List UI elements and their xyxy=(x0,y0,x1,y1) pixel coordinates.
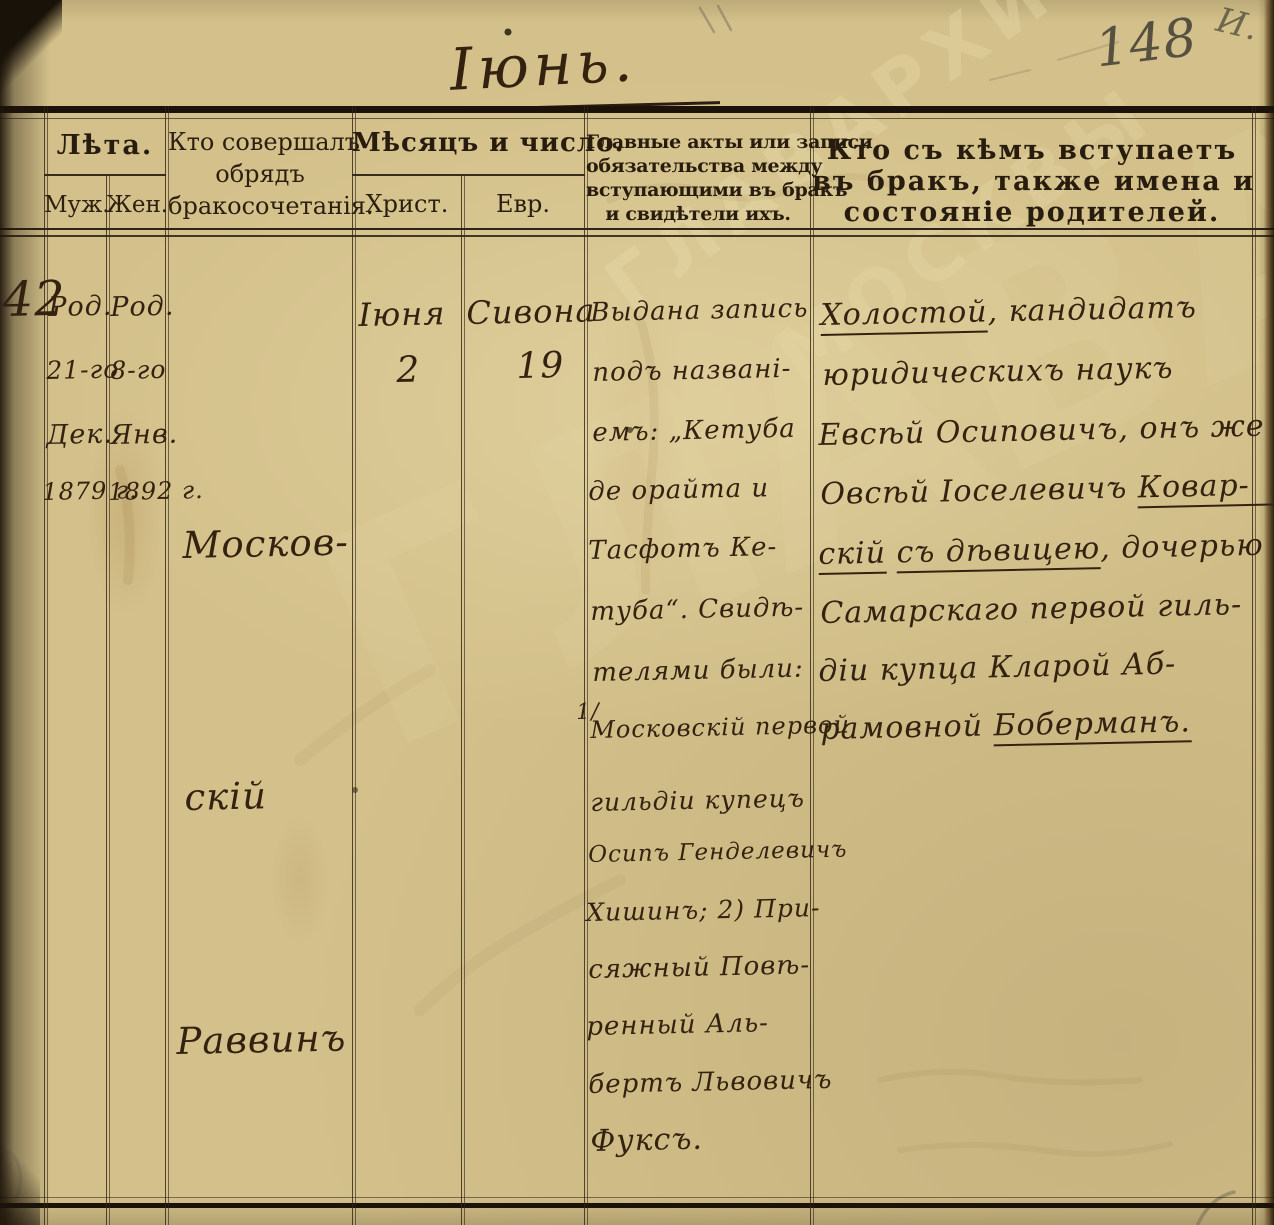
acts-line8: Московскій первой xyxy=(590,711,850,744)
officiant-line2: скій xyxy=(184,774,267,819)
page-edge xyxy=(1264,0,1274,1225)
couple-line2: юридическихъ наукъ xyxy=(822,351,1174,393)
col-border-officiant-right xyxy=(352,106,356,1225)
acts-line10: Осипъ Генделевичъ xyxy=(588,837,848,868)
header-officiant-line1: Кто совершалъ xyxy=(168,128,352,156)
acts-line2: подъ названі- xyxy=(592,354,792,388)
col-border-date-right xyxy=(584,106,588,1225)
couple-line4: Овсѣй Іоселевичъ Ковар- xyxy=(820,467,1274,512)
couple-line7: діи купца Кларой Аб- xyxy=(818,647,1177,689)
header-age-male: Муж. xyxy=(44,192,106,218)
officiant-line3: Раввинъ xyxy=(176,1016,347,1063)
page-number: 148 xyxy=(1092,8,1201,80)
archive-watermark-large: ГЛАВАРХИВ xyxy=(270,0,1274,819)
acts-line15: Фуксъ. xyxy=(590,1122,703,1159)
acts-line9: гильдіи купецъ xyxy=(590,784,805,817)
header-couple-line2: въ бракъ, также имена и xyxy=(812,166,1252,197)
header-officiant-line2: обрядъ xyxy=(168,160,352,188)
acts-line5: Тасфотъ Ке- xyxy=(588,532,778,566)
age-header-split-rule xyxy=(44,174,166,176)
corner-mark: И. xyxy=(1212,0,1263,49)
date-header-split-rule xyxy=(352,174,585,176)
header-acts-line1: Главные акты или записи xyxy=(586,131,810,153)
col-border-right xyxy=(1252,106,1256,1225)
col-border-age-right xyxy=(165,106,169,1225)
groom-birth-line4: 1879 г. xyxy=(42,477,111,506)
acts-line13: ренный Аль- xyxy=(586,1008,769,1042)
couple-line8: рамовной Боберманъ. xyxy=(820,704,1191,747)
header-acts-line2: обязательства между xyxy=(586,155,810,177)
bride-surname-underlined: Боберманъ. xyxy=(993,704,1191,746)
col-border-acts-right xyxy=(810,106,814,1225)
acts-line6: туба“. Свидѣ- xyxy=(590,593,804,627)
groom-birth-line2: 21-го xyxy=(46,355,105,385)
bride-birth-line3: Янв. xyxy=(110,419,169,451)
header-date-hebrew: Евр. xyxy=(461,190,585,218)
table-top-rule xyxy=(0,106,1274,113)
groom-birth-line3: Дек. xyxy=(46,419,107,451)
header-bottom-rule-1 xyxy=(0,228,1274,230)
couple-line6: Самарскаго первой гиль- xyxy=(820,587,1243,631)
header-couple-line3: состояніе родителей. xyxy=(812,197,1252,228)
gutter-shadow-corner xyxy=(0,0,62,92)
metrical-book-page: ГЛАВАРХИВ МОСКВЫ ГЛАВАРХИВ Іюнь. 148 И. xyxy=(0,0,1274,1225)
acts-line12: сяжный Повѣ- xyxy=(588,950,810,985)
bride-birth-line2: 8-го xyxy=(110,355,167,385)
header-bottom-rule-2 xyxy=(0,235,1274,237)
bride-status-underlined: съ дѣвицею xyxy=(896,531,1100,573)
groom-status-underlined: Холостой xyxy=(820,294,988,335)
month-title: Іюнь. xyxy=(448,26,639,104)
header-couple-line1: Кто съ кѣмъ вступаетъ xyxy=(812,135,1252,166)
header-age: Лѣта. xyxy=(44,130,166,161)
col-border-male-female xyxy=(106,174,110,1225)
groom-surname-underlined: Ковар- xyxy=(1137,467,1274,508)
col-border-christian-hebrew xyxy=(461,174,465,1225)
groom-birth-line1: Род. xyxy=(48,291,107,323)
header-officiant-line3: бракосочетанія. xyxy=(168,192,352,220)
header-acts-line3: вступающими въ бракъ xyxy=(586,179,810,201)
header-acts-line4: и свидѣтели ихъ. xyxy=(586,203,810,225)
row-bottom-rule-thin xyxy=(0,1197,1274,1198)
bride-birth-line4: 1892 г. xyxy=(108,477,179,506)
hebrew-month: Сивона xyxy=(466,291,596,332)
hebrew-day: 19 xyxy=(516,345,565,387)
header-date-christian: Христ. xyxy=(352,190,462,218)
row-bottom-rule xyxy=(0,1203,1274,1208)
christian-month: Іюня xyxy=(358,294,446,334)
officiant-line1: Москов- xyxy=(182,521,349,567)
acts-line4: де орайта и xyxy=(588,473,769,507)
header-age-female: Жен. xyxy=(106,192,166,218)
couple-line3: Евсѣй Осиповичъ, онъ же xyxy=(818,409,1265,453)
acts-line1: Выдана запись xyxy=(590,293,809,328)
acts-line7: телями были: xyxy=(592,654,804,688)
header-date: Мѣсяцъ и число. xyxy=(352,128,585,158)
gutter-shadow-bottom xyxy=(0,1140,40,1225)
bride-birth-line1: Род. xyxy=(110,291,167,323)
christian-day: 2 xyxy=(396,349,421,390)
acts-line11: Хишинъ; 2) При- xyxy=(586,893,821,927)
couple-line5: скій съ дѣвицею, дочерью xyxy=(818,528,1264,572)
table-top-rule-thin xyxy=(0,118,1274,119)
acts-line14: бертъ Львовичъ xyxy=(588,1065,833,1100)
acts-line3: емъ: „Кетуба xyxy=(592,414,796,448)
couple-line1: Холостой, кандидатъ xyxy=(820,290,1197,333)
